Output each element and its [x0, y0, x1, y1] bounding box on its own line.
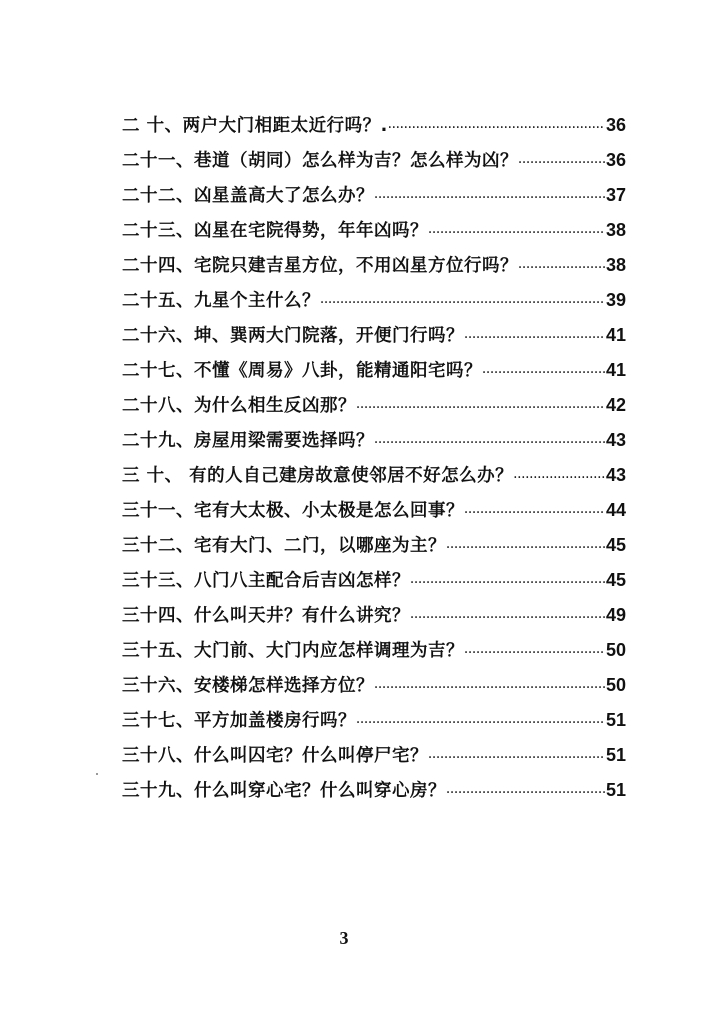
toc-entry-title: 三十七、平方加盖楼房行吗？ — [122, 707, 356, 732]
toc-entry-title: 二 十、两户大门相距太近行吗？. — [122, 112, 388, 137]
toc-entry-title: 二十八、为什么相生反凶那？ — [122, 392, 356, 417]
dot-leader — [519, 260, 605, 274]
toc-entry-title: 二十七、不懂《周易》八卦，能精通阳宅吗？ — [122, 357, 482, 382]
toc-entry[interactable]: 三十八、什么叫囚宅？什么叫停尸宅？51 — [122, 742, 626, 777]
toc-entry[interactable]: 三十五、大门前、大门内应怎样调理为吉？50 — [122, 637, 626, 672]
toc-entry[interactable]: 二十三、凶星在宅院得势，年年凶吗？38 — [122, 217, 626, 252]
toc-entry-page: 41 — [606, 325, 626, 346]
toc-entry-title: 三十三、八门八主配合后吉凶怎样？ — [122, 567, 410, 592]
toc-entry-page: 49 — [606, 605, 626, 626]
toc-entry-page: 51 — [606, 745, 626, 766]
toc-entry-title: 三 十、 有的人自己建房故意使邻居不好怎么办？ — [122, 462, 513, 487]
toc-entry-title: 三十六、安楼梯怎样选择方位？ — [122, 672, 374, 697]
dot-leader — [321, 295, 605, 309]
dot-leader — [465, 330, 605, 344]
toc-entry-title: 三十一、宅有大太极、小太极是怎么回事？ — [122, 497, 464, 522]
toc-entry-page: 45 — [606, 535, 626, 556]
toc-entry-page: 41 — [606, 360, 626, 381]
toc-entry[interactable]: 二 十、两户大门相距太近行吗？.36 — [122, 112, 626, 147]
toc-entry-title: 三十九、什么叫穿心宅？什么叫穿心房？ — [122, 777, 446, 802]
toc-entry[interactable]: 二十六、坤、巽两大门院落，开便门行吗？41 — [122, 322, 626, 357]
scan-speck — [96, 773, 98, 775]
toc-entry-page: 36 — [606, 115, 626, 136]
toc-entry-page: 44 — [606, 500, 626, 521]
toc-entry-page: 39 — [606, 290, 626, 311]
dot-leader — [447, 540, 605, 554]
dot-leader — [357, 715, 605, 729]
dot-leader — [483, 365, 605, 379]
dot-leader — [375, 435, 605, 449]
toc-entry[interactable]: 三十二、宅有大门、二门，以哪座为主？45 — [122, 532, 626, 567]
toc-entry-page: 43 — [606, 430, 626, 451]
toc-entry-title: 三十四、什么叫天井？有什么讲究？ — [122, 602, 410, 627]
toc-entry-page: 38 — [606, 255, 626, 276]
toc-entry-title: 二十六、坤、巽两大门院落，开便门行吗？ — [122, 322, 464, 347]
toc-entry[interactable]: 三十三、八门八主配合后吉凶怎样？45 — [122, 567, 626, 602]
dot-leader — [375, 680, 605, 694]
dot-leader — [465, 505, 605, 519]
toc-entry-page: 51 — [606, 780, 626, 801]
toc-entry[interactable]: 二十九、房屋用梁需要选择吗？43 — [122, 427, 626, 462]
toc-entry-page: 50 — [606, 675, 626, 696]
dot-leader — [375, 190, 605, 204]
toc-entry-page: 37 — [606, 185, 626, 206]
dot-leader — [519, 155, 605, 169]
toc-entry[interactable]: 三十七、平方加盖楼房行吗？51 — [122, 707, 626, 742]
toc-entry-title: 二十九、房屋用梁需要选择吗？ — [122, 427, 374, 452]
dot-leader — [411, 575, 605, 589]
toc-entry[interactable]: 三十四、什么叫天井？有什么讲究？49 — [122, 602, 626, 637]
toc-entry-title: 二十二、凶星盖高大了怎么办？ — [122, 182, 374, 207]
toc-entry-title: 二十四、宅院只建吉星方位，不用凶星方位行吗？ — [122, 252, 518, 277]
toc-entry[interactable]: 二十一、巷道（胡同）怎么样为吉？怎么样为凶？36 — [122, 147, 626, 182]
toc-entry[interactable]: 二十二、凶星盖高大了怎么办？37 — [122, 182, 626, 217]
toc-entry-title: 二十五、九星个主什么？ — [122, 287, 320, 312]
toc-entry-title: 三十八、什么叫囚宅？什么叫停尸宅？ — [122, 742, 428, 767]
dot-leader — [465, 645, 605, 659]
toc-entry-page: 43 — [606, 465, 626, 486]
toc-entry[interactable]: 三 十、 有的人自己建房故意使邻居不好怎么办？43 — [122, 462, 626, 497]
toc-entry-title: 二十三、凶星在宅院得势，年年凶吗？ — [122, 217, 428, 242]
toc-entry[interactable]: 三十九、什么叫穿心宅？什么叫穿心房？51 — [122, 777, 626, 812]
page-number: 3 — [0, 928, 696, 949]
toc-entry-page: 36 — [606, 150, 626, 171]
dot-leader — [411, 610, 605, 624]
toc-entry-page: 42 — [606, 395, 626, 416]
toc-entry-page: 45 — [606, 570, 626, 591]
dot-leader — [429, 750, 605, 764]
dot-leader — [514, 470, 605, 484]
dot-leader — [389, 120, 605, 134]
toc-entry-page: 50 — [606, 640, 626, 661]
toc-entry-page: 51 — [606, 710, 626, 731]
toc-entry-title: 三十五、大门前、大门内应怎样调理为吉？ — [122, 637, 464, 662]
toc-entry[interactable]: 二十七、不懂《周易》八卦，能精通阳宅吗？41 — [122, 357, 626, 392]
toc-entry[interactable]: 二十五、九星个主什么？39 — [122, 287, 626, 322]
toc-entry[interactable]: 三十六、安楼梯怎样选择方位？50 — [122, 672, 626, 707]
toc-entry[interactable]: 二十四、宅院只建吉星方位，不用凶星方位行吗？38 — [122, 252, 626, 287]
table-of-contents: 二 十、两户大门相距太近行吗？.36 二十一、巷道（胡同）怎么样为吉？怎么样为凶… — [122, 112, 626, 812]
toc-entry-title: 二十一、巷道（胡同）怎么样为吉？怎么样为凶？ — [122, 147, 518, 172]
toc-entry-title: 三十二、宅有大门、二门，以哪座为主？ — [122, 532, 446, 557]
dot-leader — [429, 225, 605, 239]
dot-leader — [447, 785, 605, 799]
toc-entry[interactable]: 三十一、宅有大太极、小太极是怎么回事？44 — [122, 497, 626, 532]
toc-entry-page: 38 — [606, 220, 626, 241]
dot-leader — [357, 400, 605, 414]
toc-entry[interactable]: 二十八、为什么相生反凶那？42 — [122, 392, 626, 427]
